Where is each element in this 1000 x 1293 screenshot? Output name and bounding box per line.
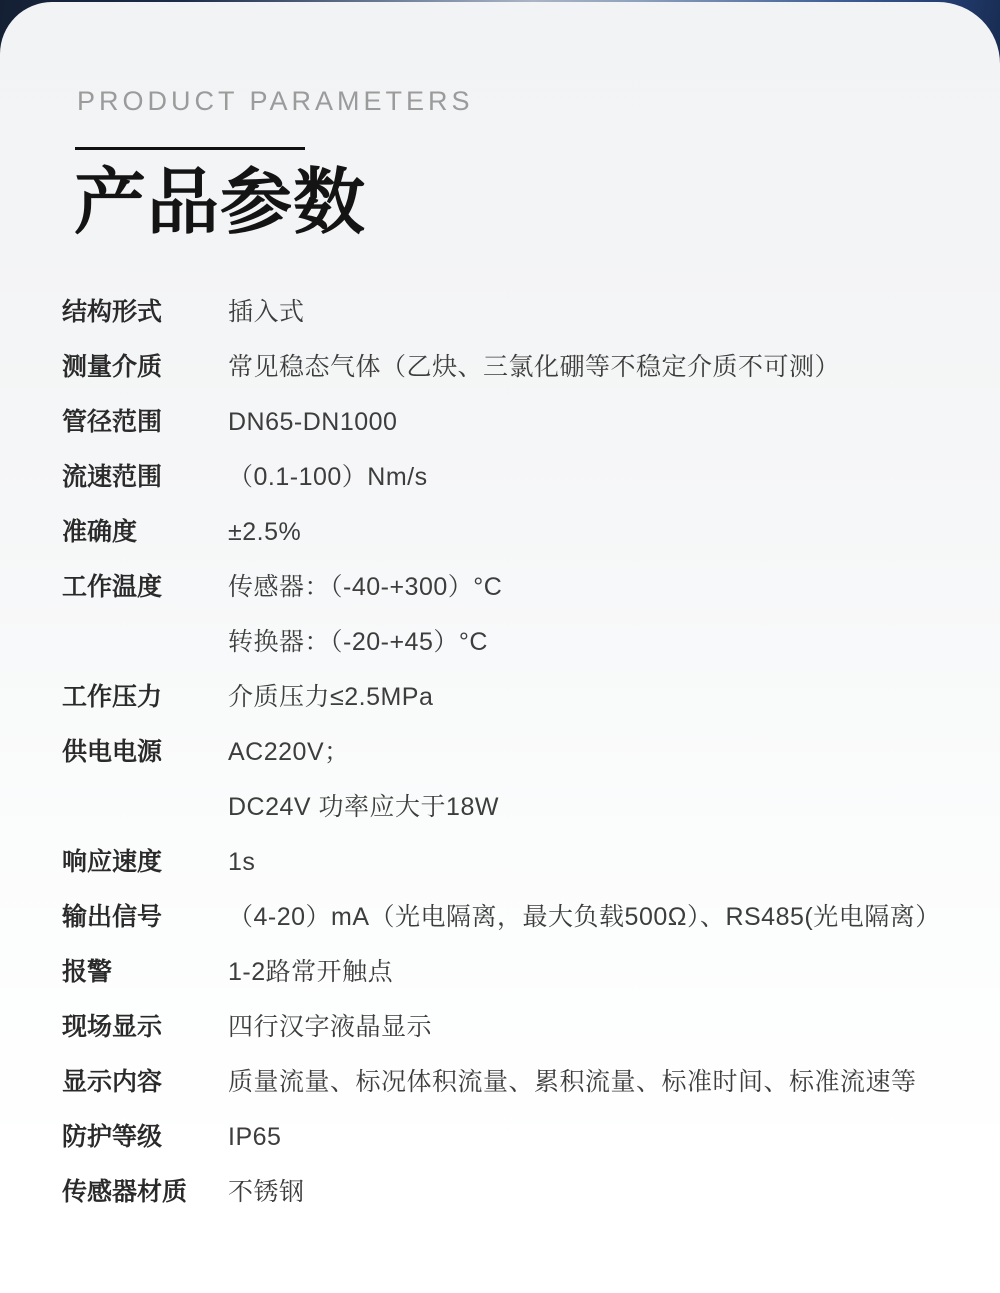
content-card: PRODUCT PARAMETERS 产品参数 结构形式插入式测量介质常见稳态气… xyxy=(0,2,1000,1293)
spec-label: 测量介质 xyxy=(62,355,228,380)
spec-label: 报警 xyxy=(62,960,228,985)
spec-row: 管径范围DN65-DN1000 xyxy=(62,410,950,435)
spec-row: 供电电源AC220V； xyxy=(62,740,950,765)
spec-row: 工作压力介质压力≤2.5MPa xyxy=(62,685,950,710)
spec-value: 插入式 xyxy=(228,300,950,325)
spec-row: 现场显示四行汉字液晶显示 xyxy=(62,1015,950,1040)
spec-row: 报警1-2路常开触点 xyxy=(62,960,950,985)
eyebrow-heading: PRODUCT PARAMETERS xyxy=(77,86,950,116)
spec-row: 输出信号（4-20）mA（光电隔离，最大负载500Ω）、RS485(光电隔离） xyxy=(62,905,950,930)
spec-value: 转换器：（-20-+45）°C xyxy=(228,630,950,655)
spec-label: 输出信号 xyxy=(62,905,228,930)
spec-label: 工作压力 xyxy=(62,685,228,710)
spec-value: 1s xyxy=(228,850,950,875)
spec-value: 1-2路常开触点 xyxy=(228,960,950,985)
spec-value: 传感器：（-40-+300）°C xyxy=(228,575,950,600)
spec-row: 转换器：（-20-+45）°C xyxy=(62,630,950,655)
spec-value: AC220V； xyxy=(228,740,950,765)
page-title: 产品参数 xyxy=(74,165,950,241)
spec-row: 结构形式插入式 xyxy=(62,300,950,325)
spec-row: 流速范围（0.1-100）Nm/s xyxy=(62,465,950,490)
spec-label xyxy=(62,795,228,820)
spec-value: 常见稳态气体（乙炔、三氯化硼等不稳定介质不可测） xyxy=(228,355,950,380)
spec-row: 防护等级IP65 xyxy=(62,1125,950,1150)
spec-label: 供电电源 xyxy=(62,740,228,765)
spec-value: （4-20）mA（光电隔离，最大负载500Ω）、RS485(光电隔离） xyxy=(228,905,950,930)
spec-label: 防护等级 xyxy=(62,1125,228,1150)
spec-row: 响应速度1s xyxy=(62,850,950,875)
spec-row: DC24V 功率应大于18W xyxy=(62,795,950,820)
spec-row: 工作温度传感器：（-40-+300）°C xyxy=(62,575,950,600)
spec-value: DN65-DN1000 xyxy=(228,410,950,435)
spec-value: DC24V 功率应大于18W xyxy=(228,795,950,820)
spec-value: 质量流量、标况体积流量、累积流量、标准时间、标准流速等 xyxy=(228,1070,950,1095)
spec-table: 结构形式插入式测量介质常见稳态气体（乙炔、三氯化硼等不稳定介质不可测）管径范围D… xyxy=(62,300,950,1205)
spec-value: 不锈钢 xyxy=(228,1180,950,1205)
spec-row: 测量介质常见稳态气体（乙炔、三氯化硼等不稳定介质不可测） xyxy=(62,355,950,380)
spec-label: 结构形式 xyxy=(62,300,228,325)
spec-label: 显示内容 xyxy=(62,1070,228,1095)
spec-label: 管径范围 xyxy=(62,410,228,435)
spec-label: 响应速度 xyxy=(62,850,228,875)
product-parameters-page: PRODUCT PARAMETERS 产品参数 结构形式插入式测量介质常见稳态气… xyxy=(0,0,1000,1293)
title-divider xyxy=(75,147,305,150)
spec-value: （0.1-100）Nm/s xyxy=(228,465,950,490)
spec-value: 四行汉字液晶显示 xyxy=(228,1015,950,1040)
spec-label: 现场显示 xyxy=(62,1015,228,1040)
spec-label: 流速范围 xyxy=(62,465,228,490)
spec-value: IP65 xyxy=(228,1125,950,1150)
spec-value: 介质压力≤2.5MPa xyxy=(228,685,950,710)
spec-label: 传感器材质 xyxy=(62,1180,228,1205)
spec-value: ±2.5% xyxy=(228,520,950,545)
spec-row: 传感器材质不锈钢 xyxy=(62,1180,950,1205)
spec-label: 工作温度 xyxy=(62,575,228,600)
spec-label: 准确度 xyxy=(62,520,228,545)
spec-label xyxy=(62,630,228,655)
spec-row: 准确度±2.5% xyxy=(62,520,950,545)
spec-row: 显示内容质量流量、标况体积流量、累积流量、标准时间、标准流速等 xyxy=(62,1070,950,1095)
